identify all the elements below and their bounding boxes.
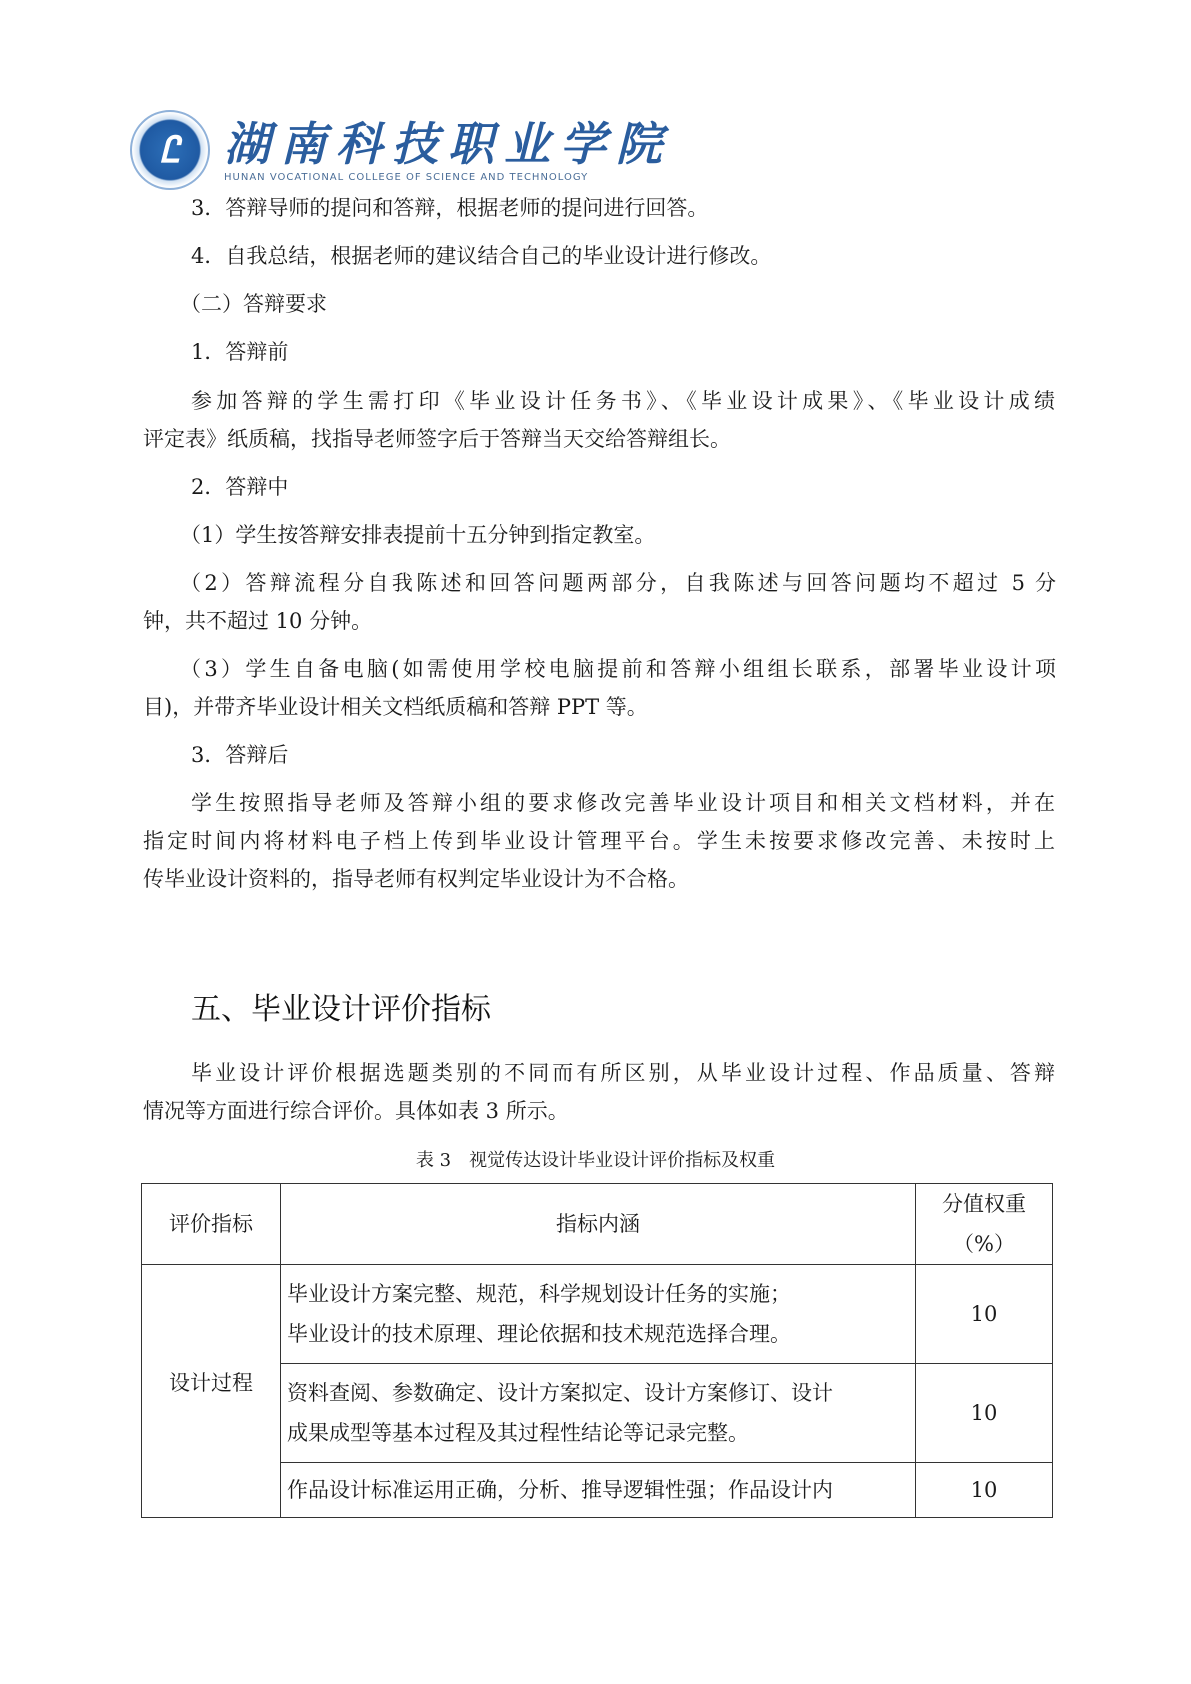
school-name-en: HUNAN VOCATIONAL COLLEGE OF SCIENCE AND … xyxy=(224,172,672,183)
paragraph-during-2-line1: （2）答辩流程分自我陈述和回答问题两部分，自我陈述与回答问题均不超过 5 分 xyxy=(180,568,1056,598)
row-content-line1: 毕业设计方案完整、规范，科学规划设计任务的实施； xyxy=(287,1274,909,1314)
header-indicator: 评价指标 xyxy=(142,1184,281,1265)
paragraph-during-2-line2: 钟，共不超过 10 分钟。 xyxy=(143,606,372,636)
paragraph-step-3: 3．答辩导师的提问和答辩，根据老师的提问进行回答。 xyxy=(191,193,708,223)
subheading-during-defense: 2．答辩中 xyxy=(191,472,288,502)
section-heading: 五、毕业设计评价指标 xyxy=(191,990,491,1030)
table-row: 设计过程 毕业设计方案完整、规范，科学规划设计任务的实施； 毕业设计的技术原理、… xyxy=(142,1265,1053,1364)
school-name-cn: 湖南科技职业学院 xyxy=(224,118,672,170)
row-content: 毕业设计方案完整、规范，科学规划设计任务的实施； 毕业设计的技术原理、理论依据和… xyxy=(281,1265,916,1364)
paragraph-after-line3: 传毕业设计资料的，指导老师有权判定毕业设计为不合格。 xyxy=(143,864,689,894)
row-content-line2: 成果成型等基本过程及其过程性结论等记录完整。 xyxy=(287,1413,909,1453)
subheading-before-defense: 1．答辩前 xyxy=(191,337,288,367)
row-content-line2: 毕业设计的技术原理、理论依据和技术规范选择合理。 xyxy=(287,1314,909,1354)
row-content-line1: 资料查阅、参数确定、设计方案拟定、设计方案修订、设计 xyxy=(287,1373,909,1413)
emblem-glyph: Ꮭ xyxy=(132,112,208,188)
table-header-row: 评价指标 指标内涵 分值权重 （%） xyxy=(142,1184,1053,1265)
evaluation-table: 评价指标 指标内涵 分值权重 （%） 设计过程 毕业设计方案完整、规范，科学规划… xyxy=(141,1183,1053,1518)
paragraph-during-1: （1）学生按答辩安排表提前十五分钟到指定教室。 xyxy=(180,520,655,550)
subheading-defense-requirements: （二）答辩要求 xyxy=(180,289,327,319)
school-emblem-icon: Ꮭ xyxy=(130,110,210,190)
row-weight: 10 xyxy=(916,1364,1053,1463)
header-weight-line1: 分值权重 xyxy=(922,1184,1046,1224)
paragraph-evaluation-line1: 毕业设计评价根据选题类别的不同而有所区别，从毕业设计过程、作品质量、答辩 xyxy=(191,1058,1055,1088)
row-content: 作品设计标准运用正确，分析、推导逻辑性强；作品设计内 xyxy=(281,1463,916,1518)
school-logo: Ꮭ 湖南科技职业学院 HUNAN VOCATIONAL COLLEGE OF S… xyxy=(130,108,672,192)
group-label-design-process: 设计过程 xyxy=(142,1265,281,1518)
row-weight: 10 xyxy=(916,1265,1053,1364)
paragraph-during-3-line1: （3）学生自备电脑(如需使用学校电脑提前和答辩小组组长联系，部署毕业设计项 xyxy=(180,654,1056,684)
paragraph-during-3-line2: 目)，并带齐毕业设计相关文档纸质稿和答辩 PPT 等。 xyxy=(143,692,648,722)
row-content: 资料查阅、参数确定、设计方案拟定、设计方案修订、设计 成果成型等基本过程及其过程… xyxy=(281,1364,916,1463)
paragraph-after-line2: 指定时间内将材料电子档上传到毕业设计管理平台。学生未按要求修改完善、未按时上 xyxy=(143,826,1055,856)
paragraph-after-line1: 学生按照指导老师及答辩小组的要求修改完善毕业设计项目和相关文档材料，并在 xyxy=(191,788,1055,818)
school-name: 湖南科技职业学院 HUNAN VOCATIONAL COLLEGE OF SCI… xyxy=(224,118,672,183)
paragraph-evaluation-line2: 情况等方面进行综合评价。具体如表 3 所示。 xyxy=(143,1096,569,1126)
paragraph-before-defense-line2: 评定表》纸质稿，找指导老师签字后于答辩当天交给答辩组长。 xyxy=(143,424,731,454)
paragraph-before-defense-line1: 参加答辩的学生需打印《毕业设计任务书》、《毕业设计成果》、《毕业设计成绩 xyxy=(191,386,1055,416)
header-weight: 分值权重 （%） xyxy=(916,1184,1053,1265)
row-weight: 10 xyxy=(916,1463,1053,1518)
header-content: 指标内涵 xyxy=(281,1184,916,1265)
header-weight-line2: （%） xyxy=(922,1224,1046,1264)
row-content-line1: 作品设计标准运用正确，分析、推导逻辑性强；作品设计内 xyxy=(287,1470,909,1510)
subheading-after-defense: 3．答辩后 xyxy=(191,740,288,770)
paragraph-step-4: 4．自我总结，根据老师的建议结合自己的毕业设计进行修改。 xyxy=(191,241,771,271)
table-caption: 表 3 视觉传达设计毕业设计评价指标及权重 xyxy=(0,1148,1191,1174)
